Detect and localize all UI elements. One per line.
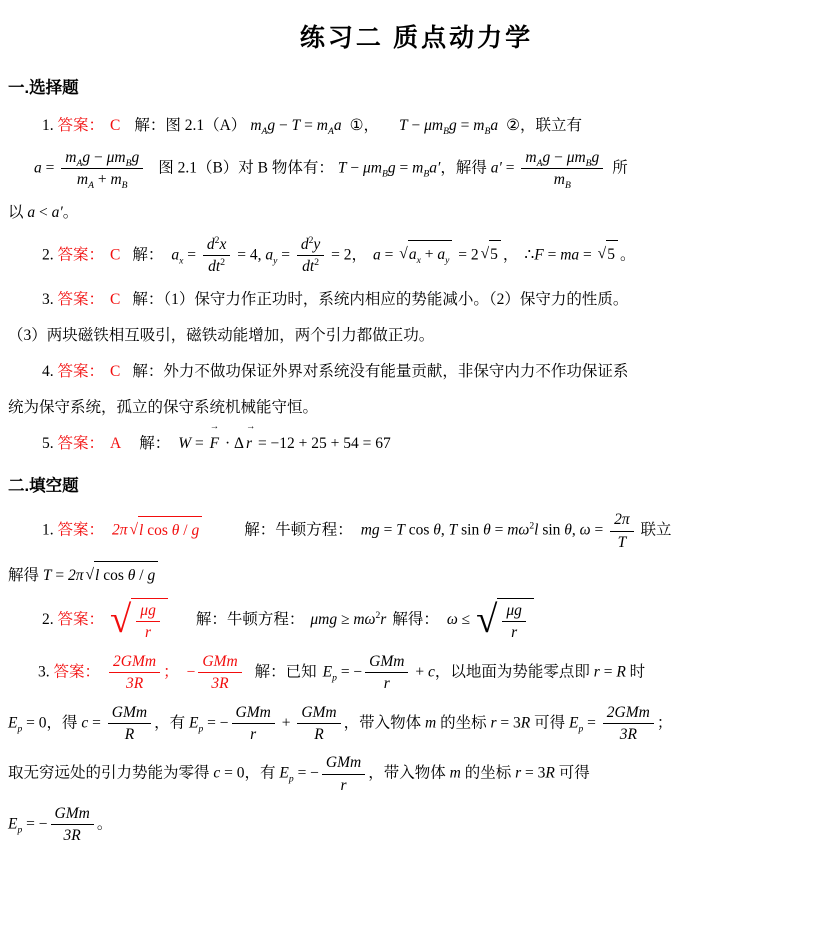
section-heading: 一.选择题: [8, 74, 825, 103]
fraction-numerator: GMm: [51, 804, 94, 825]
math-variable: a: [171, 246, 179, 263]
text-segment: ，以地面为势能零点即: [435, 663, 594, 680]
radical-icon: √: [399, 240, 408, 267]
text-segment: ，解得: [440, 159, 490, 176]
fraction-denominator: R: [108, 724, 151, 744]
math-variable: y: [313, 236, 320, 253]
text-line: 3. 答案：C解：（1）保守力作正功时，系统内相应的势能减小。（2）保守力的性质…: [8, 286, 825, 313]
math-operator: =: [191, 435, 208, 452]
math-operator: +: [421, 246, 438, 263]
text-line: 1. 答案：2π√l cos θ / g解：牛顿方程：mg = T cos θ,…: [8, 510, 825, 552]
math-variable: T: [292, 117, 301, 134]
math-operator: = 4,: [233, 246, 265, 263]
math-operator: = −: [337, 663, 362, 680]
math-fraction: GMm3R: [198, 652, 241, 694]
math-variable: T: [43, 567, 52, 584]
spacer: [104, 623, 108, 624]
spacer: [204, 534, 244, 535]
section-heading: 二.填空题: [8, 472, 825, 501]
text-line: Ep = −GMm3R。: [8, 804, 825, 846]
math-variable: μmg: [310, 611, 337, 628]
answer-text: C: [110, 363, 120, 380]
text-segment: ②，联立有: [506, 117, 582, 134]
text-segment: ，有: [245, 765, 280, 782]
math-variable: mω: [507, 522, 529, 539]
math-operator: −: [550, 149, 567, 166]
text-line: 取无穷远处的引力势能为零得 c = 0，有 Ep = −GMmr，带入物体 m …: [8, 753, 825, 795]
math-variable: W: [178, 435, 191, 452]
math-operator: sin: [457, 522, 483, 539]
text-segment: 时: [626, 663, 645, 680]
math-variable: a′: [429, 159, 440, 176]
math-variable: dt: [302, 258, 314, 275]
vector-arrow-icon: →: [210, 423, 219, 432]
spacer: [100, 675, 106, 676]
math-variable: g: [449, 117, 457, 134]
text-segment: 5.: [42, 435, 58, 452]
math-variable: GMm: [55, 805, 90, 822]
math-variable: F: [534, 246, 543, 263]
text-line: 解得 T = 2π√l cos θ / g: [8, 561, 825, 589]
math-operator: −: [90, 149, 107, 166]
math-variable: ω: [447, 611, 458, 628]
math-variable: T: [449, 522, 458, 539]
fraction-denominator: T: [610, 532, 634, 552]
text-segment: 2.: [42, 611, 58, 628]
math-operator: /: [179, 522, 191, 539]
math-variable: GMm: [112, 704, 147, 721]
text-segment: 4.: [42, 363, 58, 380]
radicand: μgr: [131, 598, 168, 643]
text-segment: 解：: [132, 246, 163, 263]
text-segment: 3.: [42, 291, 58, 308]
math-variable: x: [219, 236, 226, 253]
text-segment: （3）两块磁铁相互吸引，磁铁动能增加，两个引力都做正功。: [8, 327, 434, 344]
math-variable: T: [618, 534, 627, 551]
math-operator: cos: [143, 522, 171, 539]
text-segment: 解：外力不做功保证外界对系统没有能量贡献，非保守内力不作功保证系: [132, 363, 628, 380]
math-operator: 5: [490, 246, 498, 263]
math-operator: =: [583, 714, 600, 731]
answer-text: C: [110, 117, 120, 134]
radicand: l cos θ / g: [94, 561, 158, 589]
text-segment: 解：: [139, 435, 170, 452]
text-line: 以 a < a′。: [8, 199, 825, 226]
math-variable: 2π: [112, 522, 128, 539]
spacer: [120, 375, 132, 376]
text-segment: 解：牛顿方程：: [244, 522, 353, 539]
text-line: 3. 答案：2GMm3R；−GMm3R解：已知Ep = −GMmr + c，以地…: [8, 652, 825, 694]
math-variable: a: [437, 246, 445, 263]
text-segment: ，: [352, 246, 368, 263]
math-operator: <: [35, 204, 52, 221]
spacer: [120, 303, 132, 304]
math-operator: =: [579, 246, 596, 263]
text-line: Ep = 0，得 c = GMmR，有 Ep = −GMmr + GMmR，带入…: [8, 703, 825, 745]
text-segment: 2.: [42, 246, 58, 263]
text-segment: 解：牛顿方程：: [196, 611, 305, 628]
text-segment: ，带入物体: [368, 765, 449, 782]
spacer: [104, 534, 112, 535]
fraction-denominator: R: [297, 724, 340, 744]
math-variable: T: [396, 522, 405, 539]
fraction-numerator: GMm: [322, 753, 365, 774]
text-line: 2. 答案：√μgr解：牛顿方程：μmg ≥ mω2r解得：ω ≤ √μgr: [8, 598, 825, 643]
math-operator: = 2: [327, 246, 351, 263]
math-operator: = −12 + 25 + 54 = 67: [254, 435, 391, 452]
answer-text: 答案：: [54, 663, 101, 680]
math-operator: = −: [22, 815, 47, 832]
math-variable: GMm: [326, 754, 361, 771]
fraction-numerator: 2GMm: [603, 703, 654, 724]
math-fraction: mAg − μmBgmA + mB: [61, 148, 143, 190]
fraction-denominator: 3R: [51, 825, 94, 845]
text-line: 4. 答案：C解：外力不做功保证外界对系统没有能量贡献，非保守内力不作功保证系: [8, 358, 825, 385]
math-operator: cos: [99, 567, 127, 584]
math-variable: m: [110, 171, 121, 188]
spacer: [353, 534, 361, 535]
radical-icon: √: [110, 604, 131, 637]
fraction-numerator: 2π: [610, 510, 634, 531]
radicand: 5: [489, 240, 501, 268]
text-line: 统为保守系统，孤立的保守系统机械能守恒。: [8, 394, 825, 421]
text-segment: 。: [63, 204, 79, 221]
math-fraction: mAg − μmBgmB: [521, 148, 603, 190]
math-variable: 3R: [64, 827, 81, 844]
fraction-numerator: GMm: [297, 703, 340, 724]
answer-text: C: [110, 246, 120, 263]
math-operator: =: [544, 246, 561, 263]
math-variable: a: [27, 204, 35, 221]
spacer: [379, 129, 399, 130]
text-segment: 的坐标: [461, 765, 515, 782]
text-line: a = mAg − μmBgmA + mB图 2.1（B）对 B 物体有：T −…: [8, 148, 825, 190]
math-operator: cos: [405, 522, 433, 539]
math-fraction: μgr: [136, 601, 160, 643]
math-variable: T: [399, 117, 408, 134]
math-variable: a′: [491, 159, 502, 176]
spacer: [120, 129, 134, 130]
math-variable: mω: [353, 611, 375, 628]
math-operator: −: [187, 663, 196, 680]
math-variable: m: [77, 171, 88, 188]
math-variable: g: [147, 567, 155, 584]
math-variable: r: [384, 675, 390, 692]
math-operator: 5: [607, 246, 615, 263]
math-operator: −: [275, 117, 292, 134]
math-variable: μm: [567, 149, 586, 166]
text-segment: 的坐标: [436, 714, 490, 731]
math-operator: =: [591, 522, 608, 539]
text-segment: ，得: [47, 714, 82, 731]
answer-text: ；: [163, 663, 179, 680]
math-sqrt: √l cos θ / g: [86, 561, 159, 589]
math-variable: 2GMm: [607, 704, 650, 721]
math-variable: a: [265, 246, 273, 263]
math-operator: =: [88, 714, 105, 731]
math-operator: ,: [441, 522, 449, 539]
spacer: [179, 675, 187, 676]
math-operator: +: [411, 663, 428, 680]
math-operator: =: [380, 522, 397, 539]
math-variable: m: [412, 159, 423, 176]
answer-text: C: [110, 291, 120, 308]
math-operator: =: [502, 159, 519, 176]
math-variable: a: [409, 246, 417, 263]
fraction-denominator: 3R: [198, 673, 241, 693]
math-variable: r: [511, 624, 517, 641]
math-variable: μm: [424, 117, 443, 134]
math-variable: m: [425, 714, 436, 731]
fraction-denominator: dt2: [203, 256, 230, 276]
math-variable: R: [545, 765, 554, 782]
math-variable: GMm: [202, 653, 237, 670]
math-operator: sin: [538, 522, 564, 539]
math-sqrt: √ax + ay: [399, 240, 452, 268]
math-sqrt: √5: [598, 240, 618, 268]
math-subscript: y: [445, 255, 449, 266]
answer-text: 答案：: [58, 435, 105, 452]
fraction-denominator: r: [365, 673, 408, 693]
spacer: [342, 129, 350, 130]
math-operator: ,: [572, 522, 580, 539]
fraction-numerator: d2x: [203, 235, 230, 256]
answer-text: 答案：: [58, 246, 105, 263]
math-variable: ma: [560, 246, 579, 263]
math-fraction: GMmr: [232, 703, 275, 745]
math-variable: R: [125, 726, 134, 743]
math-variable: GMm: [236, 704, 271, 721]
math-operator: =: [300, 117, 317, 134]
math-fraction: GMmR: [108, 703, 151, 745]
math-operator: ≥: [337, 611, 353, 628]
radicand: l cos θ / g: [138, 516, 202, 544]
text-segment: 以: [8, 204, 27, 221]
math-operator: =: [457, 117, 474, 134]
math-fraction: GMm3R: [51, 804, 94, 846]
math-variable: μm: [363, 159, 382, 176]
math-variable: r: [380, 611, 386, 628]
radical-icon: √: [481, 240, 490, 267]
fraction-denominator: r: [322, 775, 365, 795]
fraction-denominator: r: [502, 622, 526, 642]
math-variable: g: [131, 149, 139, 166]
math-superscript: 2: [220, 257, 225, 268]
math-subscript: B: [122, 180, 128, 191]
math-operator: −: [347, 159, 364, 176]
text-segment: 联立: [637, 522, 672, 539]
math-operator: · Δ: [221, 435, 244, 452]
math-variable: m: [473, 117, 484, 134]
text-line: 2. 答案：C解：ax = d2xdt2 = 4, ay = d2ydt2 = …: [8, 235, 825, 277]
fraction-denominator: dt2: [297, 256, 324, 276]
math-operator: =: [600, 663, 617, 680]
math-variable: m: [554, 171, 565, 188]
math-variable: 3R: [211, 675, 228, 692]
radicand: μgr: [497, 598, 534, 643]
math-variable: θ: [564, 522, 572, 539]
math-operator: +: [278, 714, 295, 731]
math-variable: E: [323, 663, 332, 680]
text-segment: 解得：: [392, 611, 439, 628]
math-variable: g: [267, 117, 275, 134]
text-segment: ，带入物体: [344, 714, 425, 731]
text-segment: 1.: [42, 522, 58, 539]
math-fraction: 2πT: [610, 510, 634, 552]
math-sqrt: √μgr: [476, 598, 534, 643]
math-fraction: d2ydt2: [297, 235, 324, 277]
answer-text: 答案：: [58, 291, 105, 308]
math-variable: m: [317, 117, 328, 134]
radicand: 5: [606, 240, 618, 268]
math-variable: μm: [107, 149, 126, 166]
math-variable: 2π: [614, 511, 630, 528]
math-variable: m: [250, 117, 261, 134]
answer-text: 答案：: [58, 117, 105, 134]
math-variable: d: [301, 236, 309, 253]
fraction-denominator: mB: [521, 169, 603, 189]
math-variable: m: [65, 149, 76, 166]
fraction-numerator: mAg − μmBg: [521, 148, 603, 169]
text-segment: 所: [612, 159, 628, 176]
answer-text: 答案：: [58, 611, 105, 628]
fraction-numerator: GMm: [232, 703, 275, 724]
vector-symbol: →r: [246, 430, 252, 457]
fraction-numerator: GMm: [198, 652, 241, 673]
text-segment: 1.: [42, 117, 58, 134]
math-operator: = −: [294, 765, 319, 782]
radical-icon: √: [130, 516, 139, 543]
math-superscript: 2: [314, 257, 319, 268]
spacer: [439, 623, 447, 624]
math-variable: r: [145, 624, 151, 641]
radical-icon: √: [86, 561, 95, 588]
math-operator: = 0: [22, 714, 46, 731]
text-segment: 可得: [555, 765, 590, 782]
math-variable: 2π: [68, 567, 84, 584]
math-operator: =: [183, 246, 200, 263]
text-line: 1. 答案：C解：图 2.1（A）mAg − T = mAa①，T − μmBg…: [8, 112, 825, 139]
answer-text: 答案：: [58, 363, 105, 380]
math-operator: −: [408, 117, 425, 134]
math-variable: dt: [208, 258, 220, 275]
spacer: [120, 258, 132, 259]
spacer: [498, 129, 506, 130]
math-operator: = 3: [521, 765, 545, 782]
math-operator: = 2: [454, 246, 478, 263]
math-subscript: B: [565, 180, 571, 191]
document-body: 一.选择题1. 答案：C解：图 2.1（A）mAg − T = mAa①，T −…: [8, 74, 825, 846]
math-operator: =: [396, 159, 413, 176]
math-fraction: d2xdt2: [203, 235, 230, 277]
text-segment: ，: [503, 246, 519, 263]
math-variable: GMm: [301, 704, 336, 721]
math-variable: E: [279, 765, 288, 782]
math-variable: c: [428, 663, 435, 680]
text-segment: 取无穷远处的引力势能为零得: [8, 765, 213, 782]
math-sqrt: √l cos θ / g: [130, 516, 203, 544]
math-fraction: GMmr: [365, 652, 408, 694]
math-sqrt: √5: [481, 240, 501, 268]
fraction-numerator: GMm: [108, 703, 151, 724]
text-segment: 解：图 2.1（A）: [134, 117, 246, 134]
fraction-numerator: μg: [502, 601, 526, 622]
math-variable: R: [521, 714, 530, 731]
fraction-denominator: r: [136, 622, 160, 642]
spacer: [121, 447, 139, 448]
fraction-numerator: d2y: [297, 235, 324, 256]
text-segment: 可得: [530, 714, 569, 731]
text-segment: ，有: [154, 714, 189, 731]
math-variable: 2GMm: [113, 653, 156, 670]
text-segment: 。: [97, 815, 113, 832]
math-operator: ∴: [524, 246, 534, 263]
answer-text: 答案：: [58, 522, 105, 539]
math-operator: = 0: [220, 765, 244, 782]
math-variable: a: [490, 117, 498, 134]
math-operator: +: [94, 171, 111, 188]
text-segment: 解：已知: [255, 663, 317, 680]
math-variable: g: [592, 149, 600, 166]
math-variable: a: [334, 117, 342, 134]
math-fraction: 2GMm3R: [109, 652, 160, 694]
math-variable: a: [373, 246, 381, 263]
fraction-denominator: 3R: [603, 724, 654, 744]
document-page: 练习二 质点动力学 一.选择题1. 答案：C解：图 2.1（A）mAg − T …: [0, 0, 833, 947]
vector-char: r: [246, 435, 252, 452]
spacer: [170, 623, 196, 624]
math-variable: d: [207, 236, 215, 253]
fraction-numerator: GMm: [365, 652, 408, 673]
math-variable: 3R: [620, 726, 637, 743]
math-fraction: GMmr: [322, 753, 365, 795]
math-variable: 3R: [126, 675, 143, 692]
spacer: [146, 171, 158, 172]
math-variable: θ: [433, 522, 441, 539]
math-fraction: μgr: [502, 601, 526, 643]
text-segment: 解：（1）保守力作正功时，系统内相应的势能减小。（2）保守力的性质。: [132, 291, 628, 308]
answer-text: A: [110, 435, 121, 452]
math-variable: mg: [361, 522, 380, 539]
vector-arrow-icon: →: [246, 423, 252, 432]
text-line: （3）两块磁铁相互吸引，磁铁动能增加，两个引力都做正功。: [8, 322, 825, 349]
math-operator: =: [381, 246, 398, 263]
math-variable: g: [82, 149, 90, 166]
math-operator: ≤: [458, 611, 474, 628]
math-variable: R: [616, 663, 625, 680]
fraction-numerator: 2GMm: [109, 652, 160, 673]
spacer: [245, 675, 255, 676]
math-variable: m: [450, 765, 461, 782]
math-variable: ω: [580, 522, 591, 539]
math-variable: a: [34, 159, 42, 176]
math-variable: R: [314, 726, 323, 743]
math-variable: T: [338, 159, 347, 176]
vector-char: F: [210, 435, 219, 452]
vector-symbol: →F: [210, 430, 219, 457]
text-segment: ；: [657, 714, 673, 731]
math-variable: m: [525, 149, 536, 166]
math-fraction: GMmR: [297, 703, 340, 745]
radicand: ax + ay: [408, 240, 453, 268]
text-line: 5. 答案：A解：W = →F · Δ→r = −12 + 25 + 54 = …: [8, 430, 825, 457]
text-segment: 图 2.1（B）对 B 物体有：: [158, 159, 334, 176]
text-segment: 一.选择题: [8, 79, 79, 97]
text-segment: 。: [620, 246, 636, 263]
radical-icon: √: [598, 240, 607, 267]
math-fraction: 2GMm3R: [603, 703, 654, 745]
radical-icon: √: [476, 604, 497, 637]
